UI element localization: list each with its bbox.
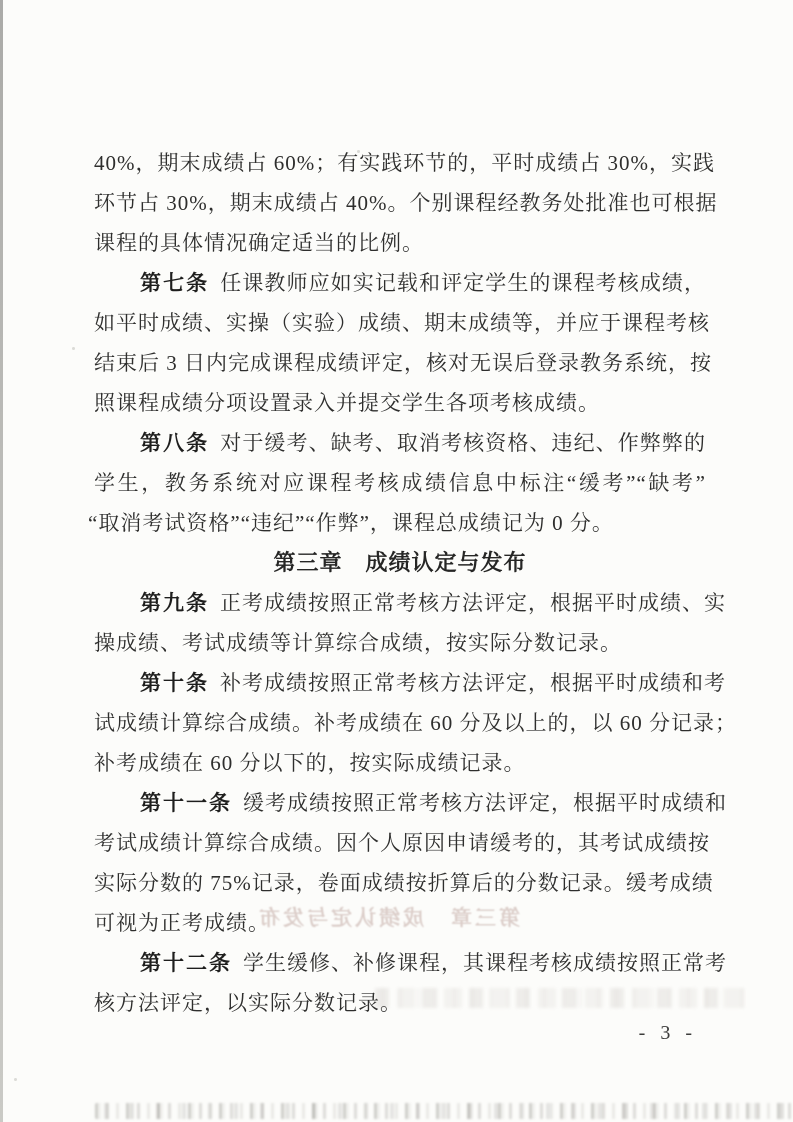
paper-speck	[357, 150, 360, 153]
paper-speck	[508, 330, 511, 333]
text-line: 结束后 3 日内完成课程成绩评定，核对无误后登录教务系统，按	[94, 343, 706, 383]
article-start-line: 第十条补考成绩按照正常考核方法评定，根据平时成绩和考	[94, 663, 706, 703]
bleed-through-smudge	[375, 988, 745, 1008]
article-start-line: 第九条正考成绩按照正常考核方法评定，根据平时成绩、实	[94, 583, 706, 623]
text-line: 环节占 30%，期末成绩占 40%。个别课程经教务处批准也可根据	[94, 183, 706, 223]
article-text: 任课教师应如实记载和评定学生的课程考核成绩，	[220, 271, 706, 295]
article-start-line: 第七条任课教师应如实记载和评定学生的课程考核成绩，	[94, 263, 706, 303]
text-line: 实际分数的 75%记录，卷面成绩按折算后的分数记录。缓考成绩	[94, 863, 706, 903]
text-line: 试成绩计算综合成绩。补考成绩在 60 分及以上的，以 60 分记录；	[94, 703, 706, 743]
article-number: 第七条	[140, 272, 209, 295]
bleed-through-text: 第三章 成绩认定与发布	[258, 903, 520, 935]
scan-noise-artifact	[95, 1103, 793, 1119]
text-line: 补考成绩在 60 分以下的，按实际成绩记录。	[94, 743, 706, 783]
text-line: 如平时成绩、实操（实验）成绩、期末成绩等，并应于课程考核	[94, 303, 706, 343]
article-text: 缓考成绩按照正常考核方法评定，根据平时成绩和	[243, 791, 727, 815]
article-number: 第十一条	[140, 792, 232, 815]
scanned-document-page: 40%，期末成绩占 60%；有实践环节的，平时成绩占 30%，实践环节占 30%…	[0, 0, 793, 1122]
article-number: 第十二条	[140, 952, 232, 975]
article-start-line: 第十二条学生缓修、补修课程，其课程考核成绩按照正常考	[94, 943, 706, 983]
paper-speck	[14, 1078, 17, 1081]
chapter-heading: 第三章 成绩认定与发布	[94, 543, 706, 583]
text-line: 学生，教务系统对应课程考核成绩信息中标注“缓考”“缺考”	[94, 463, 706, 503]
article-number: 第十条	[140, 672, 209, 695]
text-line: 40%，期末成绩占 60%；有实践环节的，平时成绩占 30%，实践	[94, 143, 706, 183]
article-start-line: 第十一条缓考成绩按照正常考核方法评定，根据平时成绩和	[94, 783, 706, 823]
scan-edge-artifact	[0, 0, 3, 1122]
text-line: “取消考试资格”“违纪”“作弊”，课程总成绩记为 0 分。	[88, 503, 706, 543]
text-line: 课程的具体情况确定适当的比例。	[94, 223, 706, 263]
article-text: 补考成绩按照正常考核方法评定，根据平时成绩和考	[220, 671, 726, 695]
article-text: 对于缓考、缺考、取消考核资格、违纪、作弊弊的	[220, 431, 706, 455]
article-text: 正考成绩按照正常考核方法评定，根据平时成绩、实	[220, 591, 726, 615]
article-start-line: 第八条对于缓考、缺考、取消考核资格、违纪、作弊弊的	[94, 423, 706, 463]
document-body: 40%，期末成绩占 60%；有实践环节的，平时成绩占 30%，实践环节占 30%…	[94, 143, 706, 1023]
page-number: - 3 -	[639, 1022, 697, 1045]
article-number: 第九条	[140, 592, 209, 615]
article-text: 学生缓修、补修课程，其课程考核成绩按照正常考	[243, 951, 727, 975]
text-line: 照课程成绩分项设置录入并提交学生各项考核成绩。	[94, 383, 706, 423]
paper-speck	[72, 347, 75, 350]
text-line: 操成绩、考试成绩等计算综合成绩，按实际分数记录。	[94, 623, 706, 663]
article-number: 第八条	[140, 432, 209, 455]
text-line: 考试成绩计算综合成绩。因个人原因申请缓考的，其考试成绩按	[94, 823, 706, 863]
